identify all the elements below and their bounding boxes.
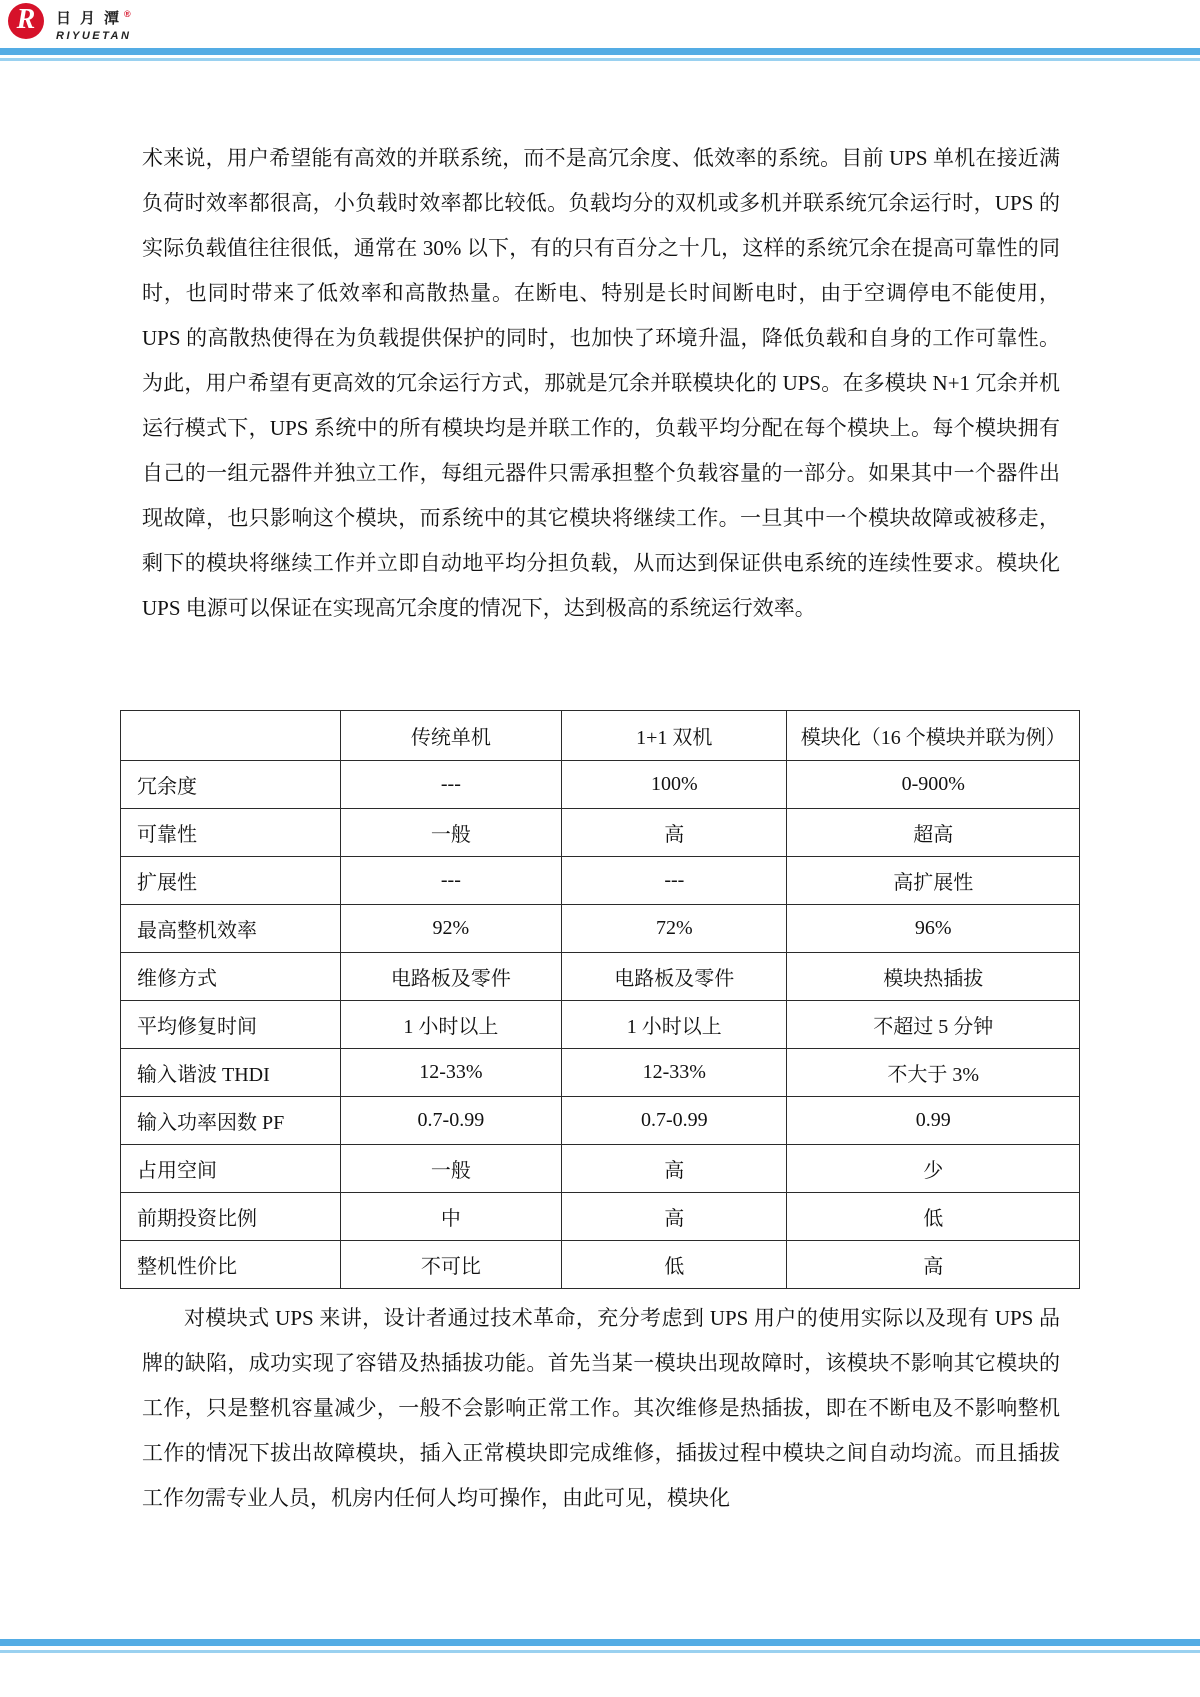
row-label: 扩展性	[121, 857, 341, 905]
header-cell-modular: 模块化（16 个模块并联为例）	[787, 711, 1080, 761]
row-cell: 模块热插拔	[787, 953, 1080, 1001]
header-rule-thick	[0, 48, 1200, 55]
row-label: 整机性价比	[121, 1241, 341, 1289]
row-cell: 72%	[562, 905, 787, 953]
row-cell: ---	[340, 857, 562, 905]
row-cell: 一般	[340, 809, 562, 857]
row-cell: 低	[562, 1241, 787, 1289]
logo-text-block: 日月潭® RIYUETAN	[56, 3, 131, 42]
table-header-row: 传统单机 1+1 双机 模块化（16 个模块并联为例）	[121, 711, 1080, 761]
table-row: 维修方式 电路板及零件 电路板及零件 模块热插拔	[121, 953, 1080, 1001]
registered-trademark-icon: ®	[124, 9, 131, 19]
row-cell: 高扩展性	[787, 857, 1080, 905]
paragraph-ups-redundancy: 术来说，用户希望能有高效的并联系统，而不是高冗余度、低效率的系统。目前 UPS …	[142, 136, 1060, 631]
header-cell-traditional: 传统单机	[340, 711, 562, 761]
row-cell: 不可比	[340, 1241, 562, 1289]
row-cell: 一般	[340, 1145, 562, 1193]
comparison-table-body: 冗余度 --- 100% 0-900% 可靠性 一般 高 超高 扩展性 --- …	[121, 761, 1080, 1289]
footer-rule-thick	[0, 1639, 1200, 1646]
table-row: 整机性价比 不可比 低 高	[121, 1241, 1080, 1289]
table-row: 前期投资比例 中 高 低	[121, 1193, 1080, 1241]
table-row: 占用空间 一般 高 少	[121, 1145, 1080, 1193]
row-cell: 高	[562, 1145, 787, 1193]
row-cell: 不大于 3%	[787, 1049, 1080, 1097]
row-cell: 0.99	[787, 1097, 1080, 1145]
header-cell-dual: 1+1 双机	[562, 711, 787, 761]
row-label: 占用空间	[121, 1145, 341, 1193]
row-label: 维修方式	[121, 953, 341, 1001]
paragraph-modular-ups: 对模块式 UPS 来讲，设计者通过技术革命，充分考虑到 UPS 用户的使用实际以…	[142, 1296, 1060, 1521]
table-row: 输入功率因数 PF 0.7-0.99 0.7-0.99 0.99	[121, 1097, 1080, 1145]
row-cell: 低	[787, 1193, 1080, 1241]
header-cell-empty	[121, 711, 341, 761]
logo-r-icon: R	[8, 3, 44, 39]
logo-brand-cn-text: 日月潭	[56, 10, 128, 27]
row-cell: 超高	[787, 809, 1080, 857]
row-cell: 少	[787, 1145, 1080, 1193]
row-cell: 高	[562, 1193, 787, 1241]
row-cell: ---	[562, 857, 787, 905]
row-cell: 高	[787, 1241, 1080, 1289]
table-row: 可靠性 一般 高 超高	[121, 809, 1080, 857]
row-cell: ---	[340, 761, 562, 809]
row-cell: 12-33%	[340, 1049, 562, 1097]
row-label: 冗余度	[121, 761, 341, 809]
row-label: 平均修复时间	[121, 1001, 341, 1049]
table-row: 平均修复时间 1 小时以上 1 小时以上 不超过 5 分钟	[121, 1001, 1080, 1049]
document-page: R 日月潭® RIYUETAN 术来说，用户希望能有高效的并联系统，而不是高冗余…	[0, 0, 1200, 1697]
row-cell: 1 小时以上	[562, 1001, 787, 1049]
row-label: 可靠性	[121, 809, 341, 857]
header-rule-thin	[0, 58, 1200, 61]
row-label: 输入功率因数 PF	[121, 1097, 341, 1145]
table-row: 输入谐波 THDI 12-33% 12-33% 不大于 3%	[121, 1049, 1080, 1097]
row-cell: 0-900%	[787, 761, 1080, 809]
row-cell: 92%	[340, 905, 562, 953]
logo-brand-cn: 日月潭®	[56, 7, 131, 28]
row-label: 前期投资比例	[121, 1193, 341, 1241]
table-row: 冗余度 --- 100% 0-900%	[121, 761, 1080, 809]
company-logo: R 日月潭® RIYUETAN	[8, 3, 131, 42]
row-cell: 0.7-0.99	[562, 1097, 787, 1145]
table-row: 扩展性 --- --- 高扩展性	[121, 857, 1080, 905]
row-cell: 96%	[787, 905, 1080, 953]
ups-comparison-table: 传统单机 1+1 双机 模块化（16 个模块并联为例） 冗余度 --- 100%…	[120, 710, 1080, 1289]
row-cell: 电路板及零件	[562, 953, 787, 1001]
row-cell: 12-33%	[562, 1049, 787, 1097]
footer-rule-thin	[0, 1650, 1200, 1653]
row-label: 最高整机效率	[121, 905, 341, 953]
logo-brand-en: RIYUETAN	[56, 30, 131, 42]
row-label: 输入谐波 THDI	[121, 1049, 341, 1097]
row-cell: 0.7-0.99	[340, 1097, 562, 1145]
row-cell: 电路板及零件	[340, 953, 562, 1001]
table-row: 最高整机效率 92% 72% 96%	[121, 905, 1080, 953]
row-cell: 不超过 5 分钟	[787, 1001, 1080, 1049]
row-cell: 100%	[562, 761, 787, 809]
row-cell: 1 小时以上	[340, 1001, 562, 1049]
row-cell: 高	[562, 809, 787, 857]
row-cell: 中	[340, 1193, 562, 1241]
